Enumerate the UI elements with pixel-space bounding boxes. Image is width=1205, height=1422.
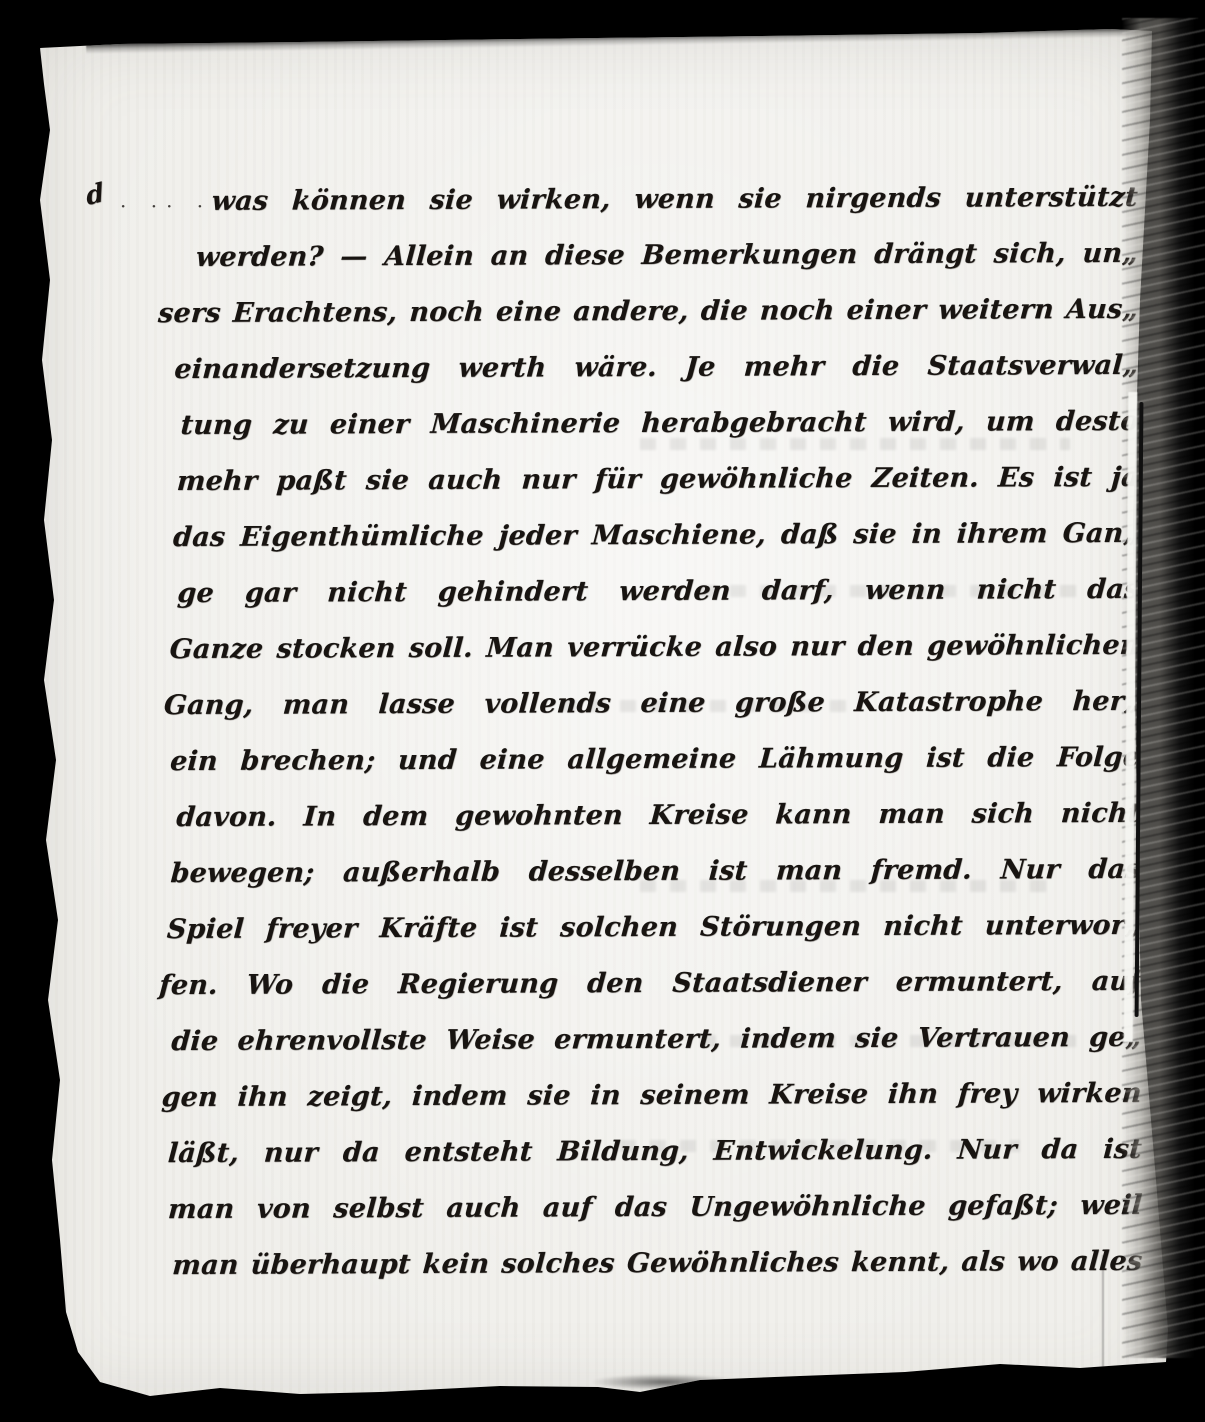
text-line: sers Erachtens, noch eine andere, die no…	[156, 282, 1140, 342]
text-line: Spiel freyer Kräfte ist solchen Störunge…	[165, 898, 1143, 958]
text-line: tung zu einer Maschinerie herabgebracht …	[179, 394, 1141, 454]
text-line: fen. Wo die Regierung den Staatsdiener e…	[157, 954, 1143, 1014]
text-line: man überhaupt kein solches Gewöhnliches …	[170, 1234, 1144, 1294]
text-line: einandersetzung werth wäre. Je mehr die …	[173, 338, 1141, 398]
text-line: davon. In dem gewohnten Kreise kann man …	[175, 786, 1143, 846]
text-line: die ehrenvollste Weise ermuntert, indem …	[170, 1010, 1144, 1070]
text-line: gen ihn zeigt, indem sie in seinem Kreis…	[160, 1066, 1144, 1126]
text-line: mehr paßt sie auch nur für gewöhnliche Z…	[175, 450, 1141, 510]
text-line: Ganze stocken soll. Man verrücke also nu…	[168, 618, 1142, 678]
margin-annotation: d	[84, 178, 106, 212]
scan-background: d · ·· · was können sie wirken, wenn sie…	[0, 0, 1205, 1422]
text-line: ein brechen; und eine allgemeine Lähmung…	[168, 730, 1142, 790]
text-line: was können sie wirken, wenn sie nirgends…	[210, 170, 1140, 230]
text-line: bewegen; außerhalb desselben ist man fre…	[169, 842, 1143, 902]
page-top-edge-shadow	[86, 26, 1166, 54]
text-line: ge gar nicht gehindert werden darf, wenn…	[176, 562, 1142, 622]
text-line: man von selbst auch auf das Ungewöhnlich…	[166, 1178, 1144, 1238]
bottom-tear-smudge	[590, 1374, 740, 1390]
text-line: das Eigenthümliche jeder Maschiene, daß …	[171, 506, 1141, 566]
corner-fold-line	[1102, 1255, 1104, 1367]
manuscript-page: d · ·· · was können sie wirken, wenn sie…	[28, 22, 1174, 1410]
text-line: werden? — Allein an diese Bemerkungen dr…	[194, 226, 1140, 286]
manuscript-text: was können sie wirken, wenn sie nirgends…	[146, 170, 1143, 1294]
margin-annotation-glyph: d	[84, 178, 106, 212]
text-line: läßt, nur da entsteht Bildung, Entwickel…	[166, 1122, 1144, 1182]
torn-left-edge	[26, 46, 52, 1398]
text-line: Gang, man lasse vollends eine große Kata…	[162, 674, 1142, 734]
